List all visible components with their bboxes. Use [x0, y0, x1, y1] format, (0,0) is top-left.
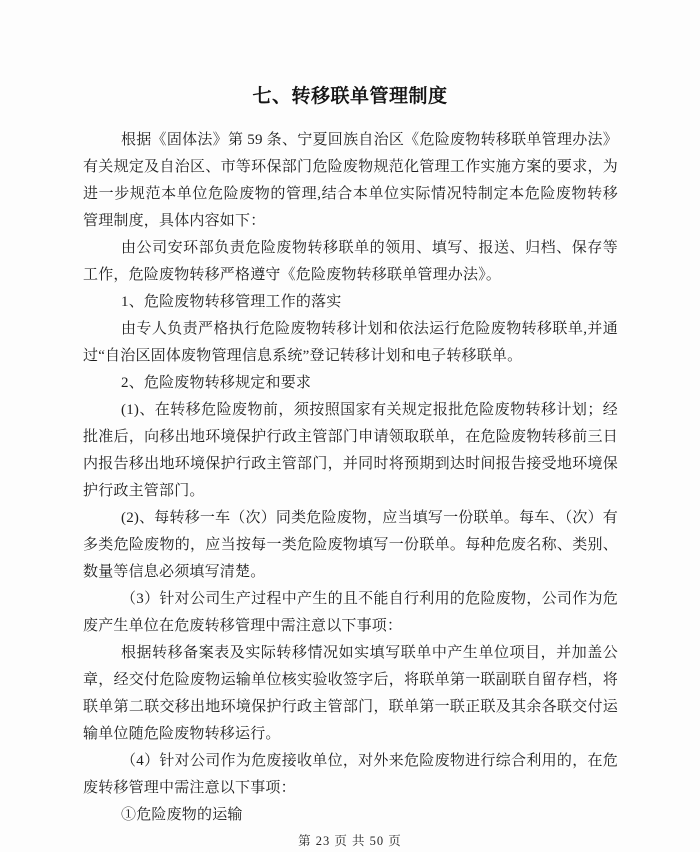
- paragraph: 2、危险废物转移规定和要求: [83, 370, 618, 397]
- document-body: 根据《固体法》第 59 条、宁夏回族自治区《危险废物转移联单管理办法》有关规定及…: [83, 127, 618, 829]
- document-scan-layer: 七、转移联单管理制度 根据《固体法》第 59 条、宁夏回族自治区《危险废物转移联…: [0, 0, 700, 852]
- paragraph: 根据转移备案表及实际转移情况如实填写联单中产生单位项目，并加盖公章，经交付危险废…: [83, 640, 618, 748]
- paragraph: 由专人负责严格执行危险废物转移计划和依法运行危险废物转移联单,并通过“自治区固体…: [83, 316, 618, 370]
- paragraph: ①危险废物的运输: [83, 802, 618, 829]
- paragraph: 由公司安环部负责危险废物转移联单的领用、填写、报送、归档、保存等工作，危险废物转…: [83, 235, 618, 289]
- paragraph: 1、危险废物转移管理工作的落实: [83, 289, 618, 316]
- paragraph: （4）针对公司作为危废接收单位，对外来危险废物进行综合利用的，在危废转移管理中需…: [83, 748, 618, 802]
- scanned-document-page: 七、转移联单管理制度 根据《固体法》第 59 条、宁夏回族自治区《危险废物转移联…: [0, 0, 700, 852]
- page-number-footer: 第 23 页 共 50 页: [0, 833, 700, 849]
- paragraph: （3）针对公司生产过程中产生的且不能自行利用的危险废物，公司作为危废产生单位在危…: [83, 586, 618, 640]
- paragraph: (1)、在转移危险废物前，须按照国家有关规定报批危险废物转移计划；经批准后，向移…: [83, 397, 618, 505]
- paragraph: 根据《固体法》第 59 条、宁夏回族自治区《危险废物转移联单管理办法》有关规定及…: [83, 127, 618, 235]
- paragraph: (2)、每转移一车（次）同类危险废物，应当填写一份联单。每车、（次）有多类危险废…: [83, 505, 618, 586]
- document-title: 七、转移联单管理制度: [0, 0, 700, 110]
